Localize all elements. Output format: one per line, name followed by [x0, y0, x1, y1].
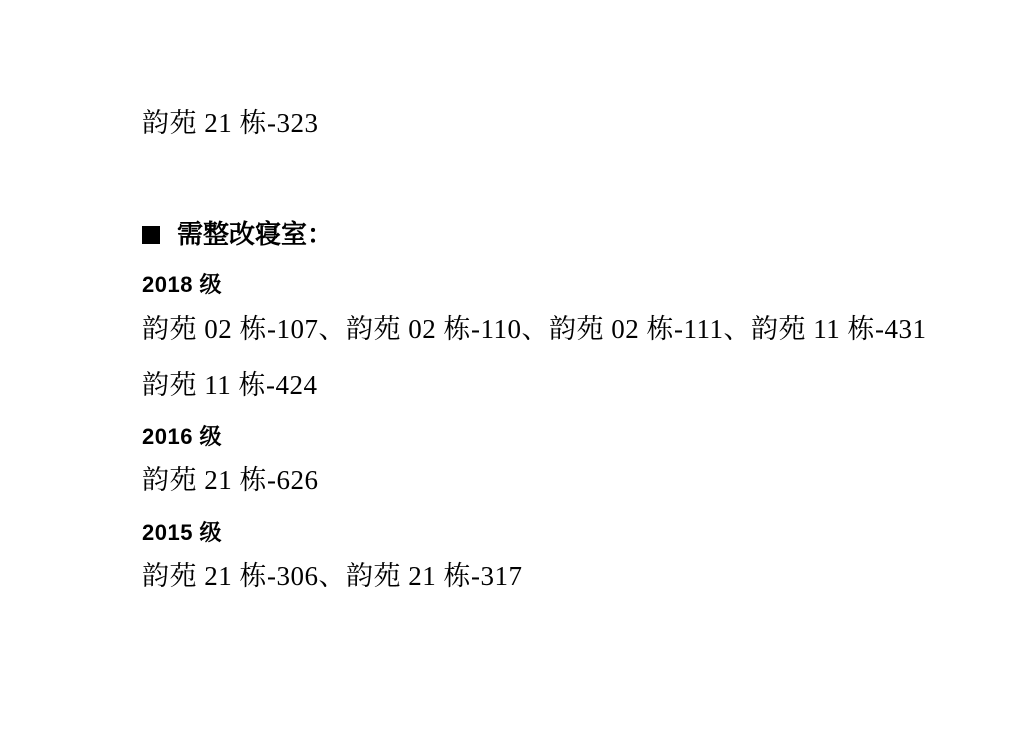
- section-heading: 需整改寝室：: [142, 220, 333, 250]
- grade-heading-2016: 2016 级: [142, 424, 222, 449]
- bullet-square-icon: [142, 226, 160, 244]
- section-title: 需整改寝室：: [177, 220, 333, 250]
- dorm-line: 韵苑 21 栋-626: [142, 465, 319, 496]
- dorm-line: 韵苑 21 栋-306、韵苑 21 栋-317: [142, 561, 522, 592]
- grade-heading-2015: 2015 级: [142, 520, 222, 545]
- dorm-line: 韵苑 02 栋-107、韵苑 02 栋-110、韵苑 02 栋-111、韵苑 1…: [142, 314, 926, 345]
- dorm-line: 韵苑 11 栋-424: [142, 370, 318, 401]
- grade-heading-2018: 2018 级: [142, 272, 222, 297]
- document-page: 韵苑 21 栋-323 需整改寝室： 2018 级 韵苑 02 栋-107、韵苑…: [0, 0, 1024, 740]
- dorm-line-intro: 韵苑 21 栋-323: [142, 108, 319, 139]
